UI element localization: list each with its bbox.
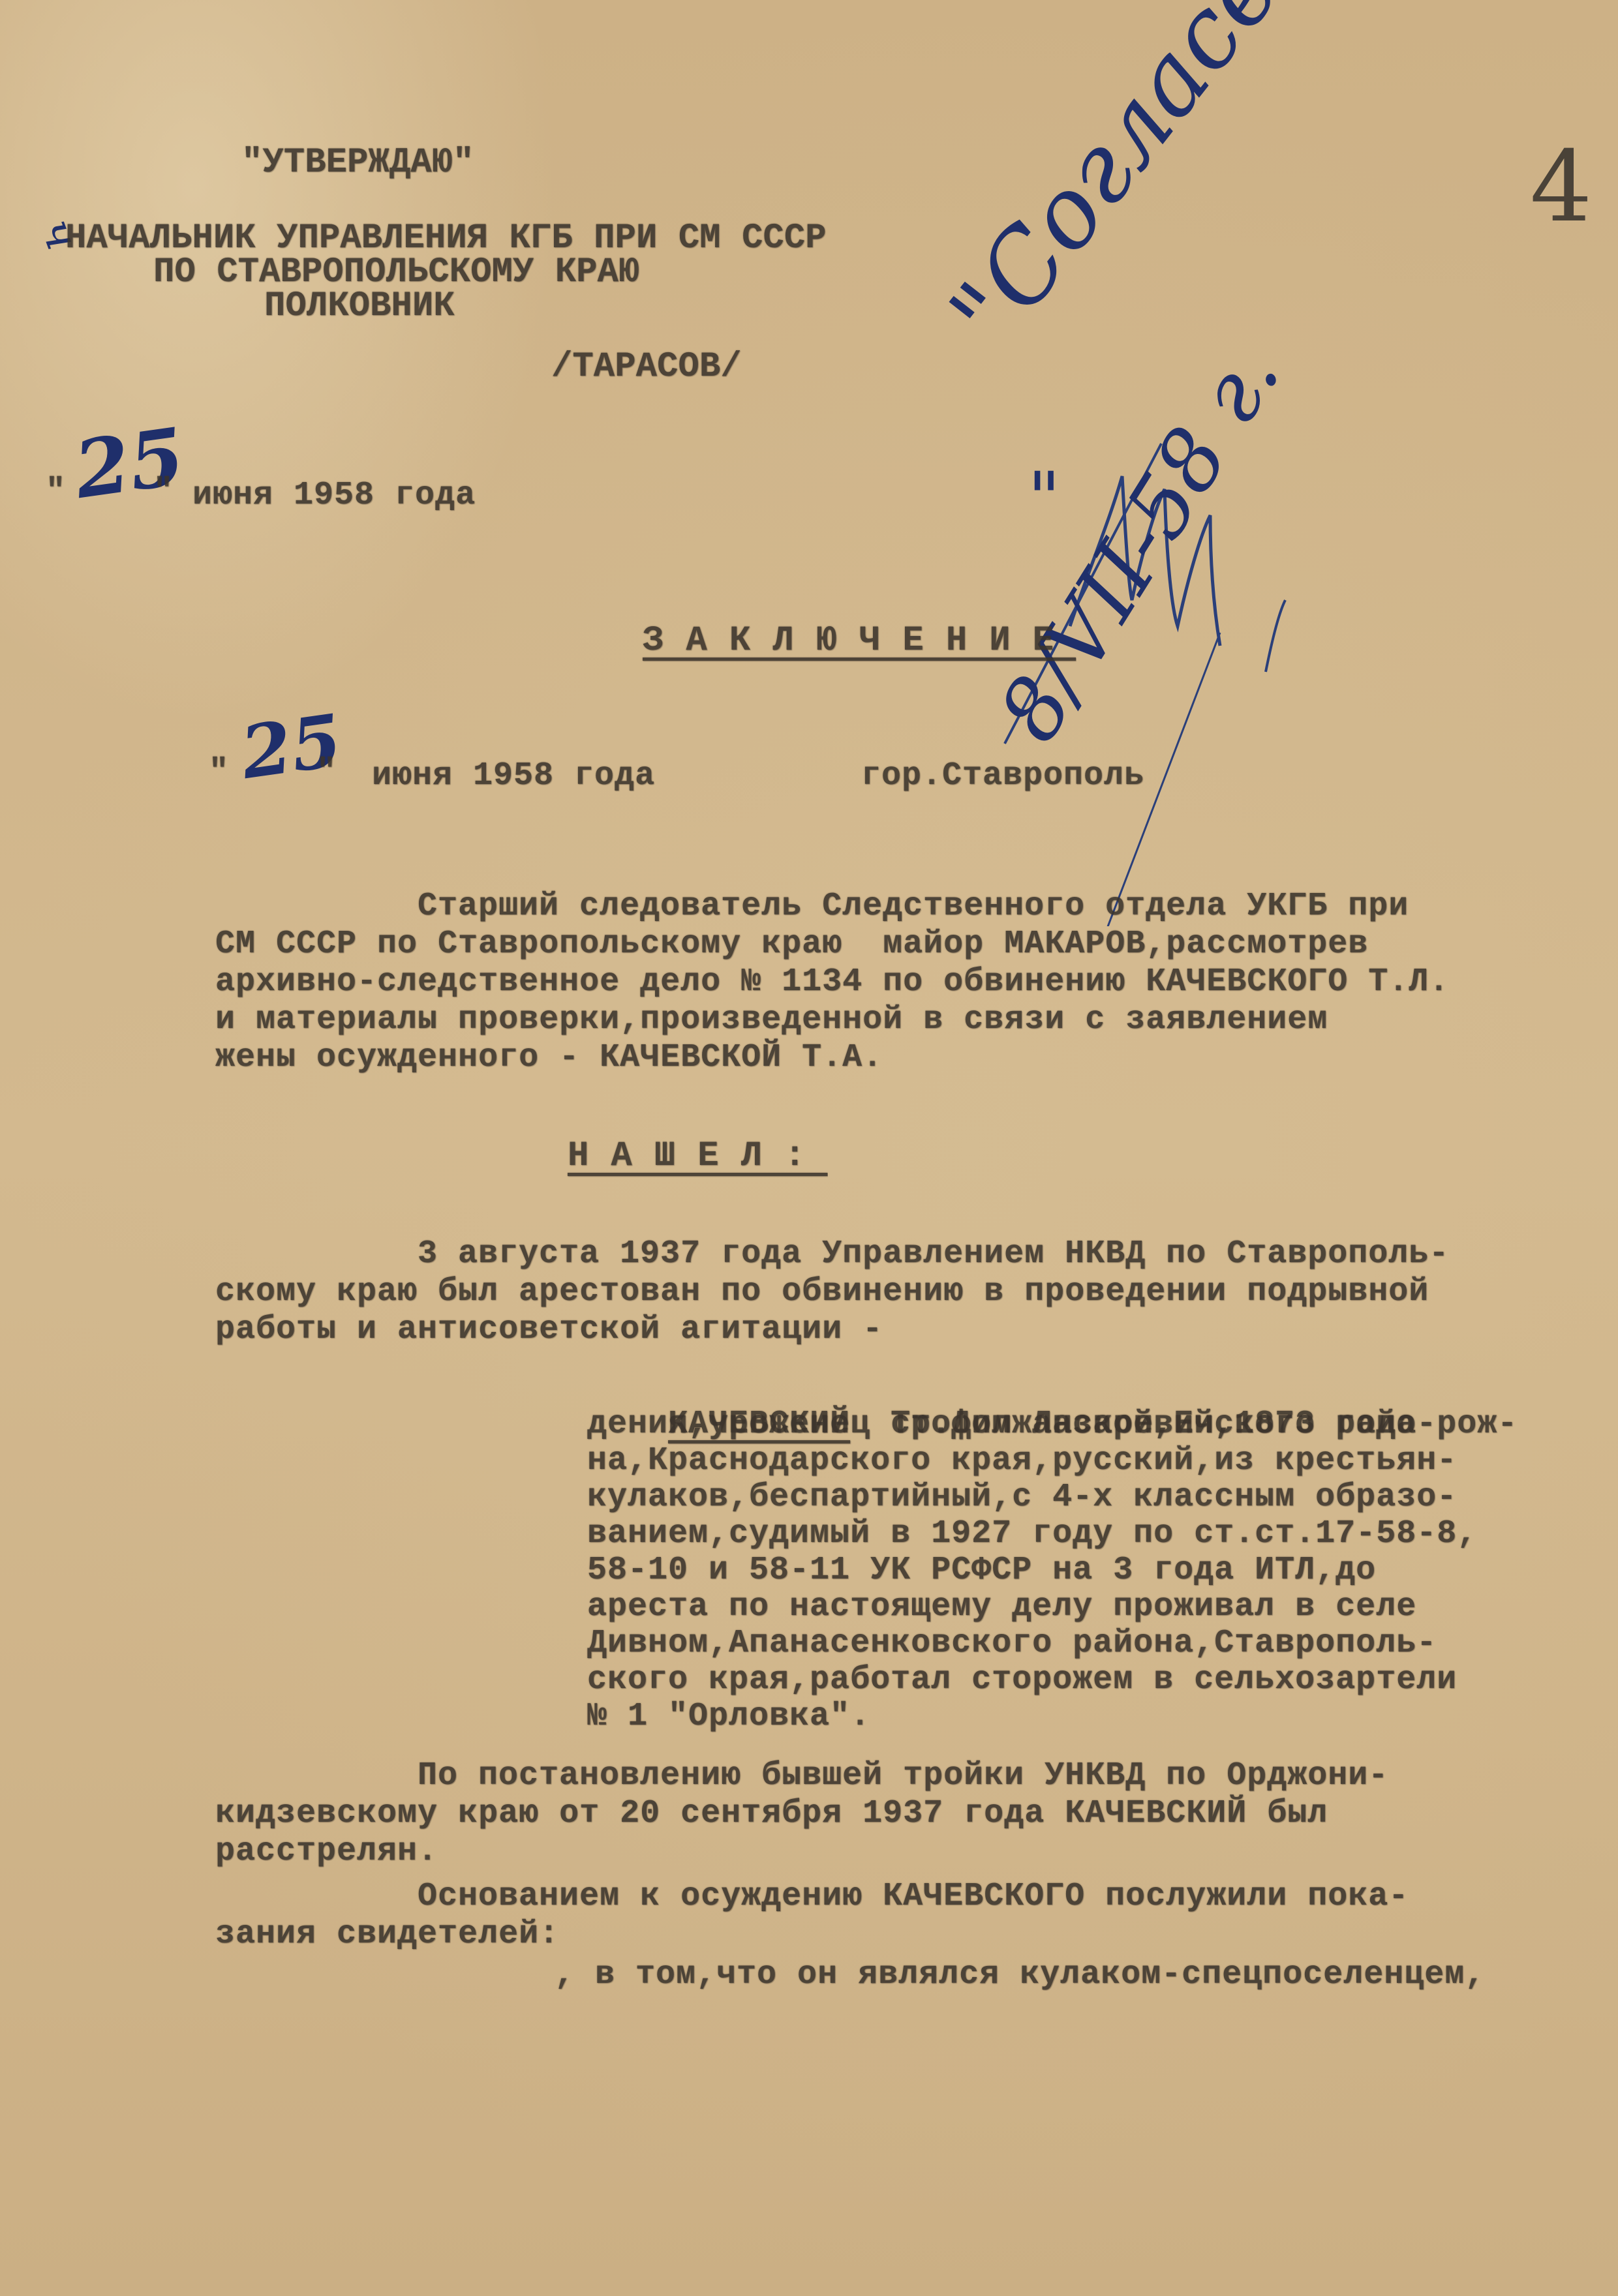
sentence-line-1: По постановлению бывшей тройки УНКВД по … [418,1758,1388,1794]
arrest-line-1: 3 августа 1937 года Управлением НКВД по … [418,1236,1449,1273]
sentence-line-2: кидзевскому краю от 20 сентября 1937 год… [215,1796,1328,1832]
intro-line-2: СМ СССР по Ставропольскому краю майор МА… [215,926,1368,963]
person-line-5: ванием,судимый в 1927 году по ст.ст.17-5… [587,1516,1477,1552]
date-close-quote: " [153,474,174,510]
person-line-9: ского края,работал сторожем в сельхозарт… [587,1662,1457,1699]
dateline: " 25 " июня 1958 года гор.Ставрополь [209,704,1253,796]
sentence-line-3: расстрелян. [215,1834,438,1870]
approval-signatory: /ТАРАСОВ/ [551,349,742,385]
person-line-6: 58-10 и 58-11 УК РСФСР на 3 года ИТЛ,до [587,1552,1376,1589]
dateline-open-quote: " [209,754,229,791]
dateline-date: июня 1958 года [372,758,655,794]
person-line-2: дения,уроженец ст.Должанской,Ейского рай… [587,1406,1437,1443]
arrest-line-3: работы и антисоветской агитации - [215,1312,883,1348]
basis-line-2: зания свидетелей: [215,1916,559,1953]
intro-line-5: жены осужденного - КАЧЕВСКОЙ Т.А. [215,1040,883,1076]
section-heading-found: НАШЕЛ: [568,1138,827,1175]
continuation-line: , в том,что он являлся кулаком-спецпосел… [555,1957,1485,1993]
person-line-8: Дивном,Апанасенковского района,Ставропол… [587,1625,1437,1662]
page-number: 4 [1530,130,1592,244]
person-line-7: ареста по настоящему делу проживал в сел… [587,1589,1416,1625]
approval-stamp: "УТВЕРЖДАЮ" [241,145,474,181]
dateline-close-quote: " [316,754,337,791]
intro-line-1: Старший следователь Следственного отдела… [418,888,1409,925]
person-line-10: № 1 "Орловка". [587,1699,870,1735]
person-line-3: на,Краснодарского края,русский,из кресть… [587,1443,1457,1479]
person-line-4: кулаков,беспартийный,с 4-х классным обра… [587,1479,1457,1516]
intro-line-4: и материалы проверки,произведенной в свя… [215,1002,1328,1038]
approval-date: " 25 " июня 1958 года [46,417,633,502]
approval-title-line-3: ПОЛКОВНИК [264,288,455,325]
intro-line-3: архивно-следственное дело № 1134 по обви… [215,964,1449,1001]
dateline-place: гор.Ставрополь [861,758,1144,794]
document-heading: ЗАКЛЮЧЕНИЕ [643,623,1076,659]
date-open-quote: " [46,474,66,510]
resolution-agreed: "Согласен" [928,0,1369,368]
basis-line-1: Основанием к осуждению КАЧЕВСКОГО послуж… [418,1879,1409,1915]
date-rest: июня 1958 года [192,477,476,514]
approval-title-line-1: НАЧАЛЬНИК УПРАВЛЕНИЯ КГБ ПРИ СМ СССР [65,220,827,257]
arrest-line-2: скому краю был арестован по обвинению в … [215,1274,1429,1310]
approval-title-line-2: ПО СТАВРОПОЛЬСКОМУ КРАЮ [153,254,639,291]
